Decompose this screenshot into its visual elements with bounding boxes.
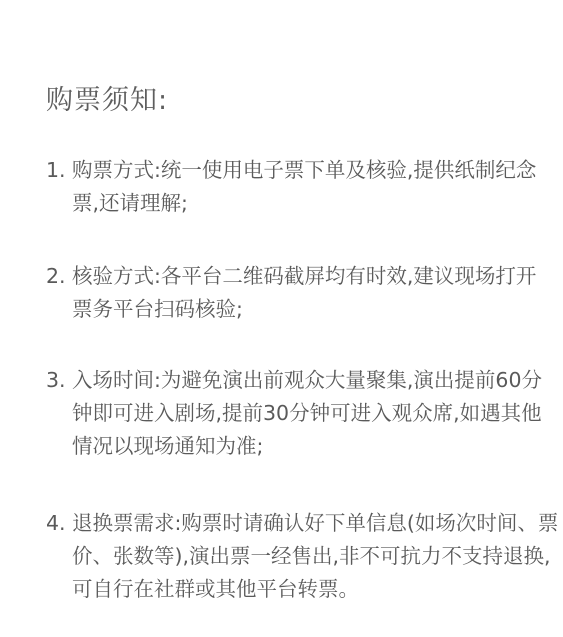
- item-text: 入场时间:为避免演出前观众大量聚集,演出提前60分 钟即可进入剧场,提前30分钟…: [72, 364, 563, 463]
- item-number: 1.: [46, 154, 72, 187]
- item-number: 2.: [46, 260, 72, 293]
- item-number: 3.: [46, 364, 72, 397]
- item-text: 退换票需求:购票时请确认好下单信息(如场次时间、票 价、张数等),演出票一经售出…: [72, 507, 563, 606]
- notice-item-ticket-method: 1. 购票方式:统一使用电子票下单及核验,提供纸制纪念 票,还请理解;: [46, 154, 563, 220]
- item-text: 购票方式:统一使用电子票下单及核验,提供纸制纪念 票,还请理解;: [72, 154, 563, 220]
- notice-title: 购票须知:: [46, 83, 168, 119]
- ticket-purchase-notice: 购票须知: 1. 购票方式:统一使用电子票下单及核验,提供纸制纪念 票,还请理解…: [0, 0, 563, 637]
- notice-item-refund-policy: 4. 退换票需求:购票时请确认好下单信息(如场次时间、票 价、张数等),演出票一…: [46, 507, 563, 606]
- item-number: 4.: [46, 507, 72, 540]
- notice-item-entry-time: 3. 入场时间:为避免演出前观众大量聚集,演出提前60分 钟即可进入剧场,提前3…: [46, 364, 563, 463]
- item-text: 核验方式:各平台二维码截屏均有时效,建议现场打开 票务平台扫码核验;: [72, 260, 563, 326]
- notice-item-verification-method: 2. 核验方式:各平台二维码截屏均有时效,建议现场打开 票务平台扫码核验;: [46, 260, 563, 326]
